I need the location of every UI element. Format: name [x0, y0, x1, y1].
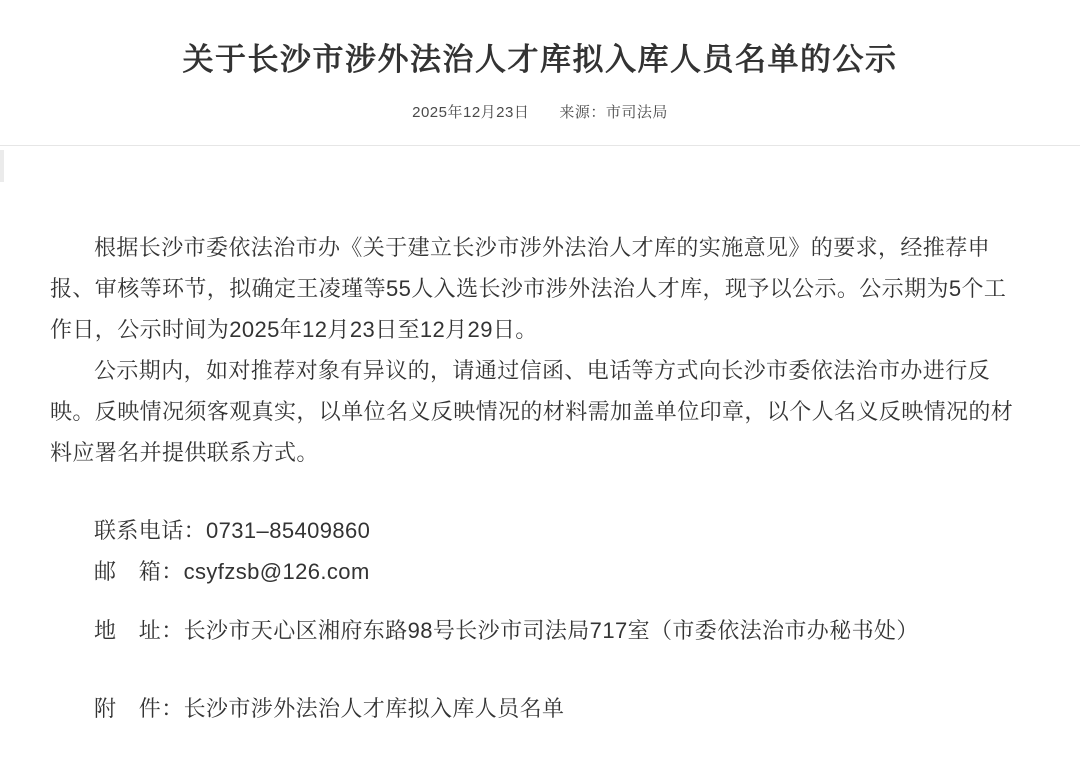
contact-phone-row: 联系电话：0731–85409860: [50, 510, 1026, 551]
notice-page: 关于长沙市涉外法治人才库拟入库人员名单的公示 2025年12月23日来源：市司法…: [0, 0, 1080, 779]
address-value: 长沙市天心区湘府东路98号长沙市司法局717室（市委依法治市办秘书处）: [184, 618, 919, 643]
paragraph-objection: 公示期内，如对推荐对象有异议的，请通过信函、电话等方式向长沙市委依法治市办进行反…: [50, 350, 1026, 473]
attachment-label: 附 件：: [94, 696, 184, 721]
notice-header: 关于长沙市涉外法治人才库拟入库人员名单的公示 2025年12月23日来源：市司法…: [0, 0, 1080, 122]
source-label: 来源：市司法局: [559, 104, 668, 121]
attachment-row: 附 件：长沙市涉外法治人才库拟入库人员名单: [50, 688, 1026, 729]
email-value: csyfzsb@126.com: [184, 559, 370, 584]
notice-meta: 2025年12月23日来源：市司法局: [0, 101, 1080, 122]
left-edge-mark: [0, 150, 4, 182]
header-divider: [0, 145, 1080, 146]
attachment-link[interactable]: 长沙市涉外法治人才库拟入库人员名单: [184, 696, 565, 721]
page-title: 关于长沙市涉外法治人才库拟入库人员名单的公示: [0, 40, 1080, 80]
contact-email-row: 邮 箱：csyfzsb@126.com: [50, 551, 1026, 592]
paragraph-basis: 根据长沙市委依法治市办《关于建立长沙市涉外法治人才库的实施意见》的要求，经推荐申…: [50, 227, 1026, 350]
address-label: 地 址：: [94, 618, 184, 643]
publish-date: 2025年12月23日: [412, 104, 529, 121]
phone-label: 联系电话：: [94, 518, 206, 543]
email-label: 邮 箱：: [94, 559, 184, 584]
contact-block: 联系电话：0731–85409860 邮 箱：csyfzsb@126.com 地…: [50, 510, 1026, 729]
notice-body: 根据长沙市委依法治市办《关于建立长沙市涉外法治人才库的实施意见》的要求，经推荐申…: [0, 154, 1080, 729]
contact-address-row: 地 址：长沙市天心区湘府东路98号长沙市司法局717室（市委依法治市办秘书处）: [50, 610, 1026, 651]
phone-value: 0731–85409860: [206, 518, 370, 543]
